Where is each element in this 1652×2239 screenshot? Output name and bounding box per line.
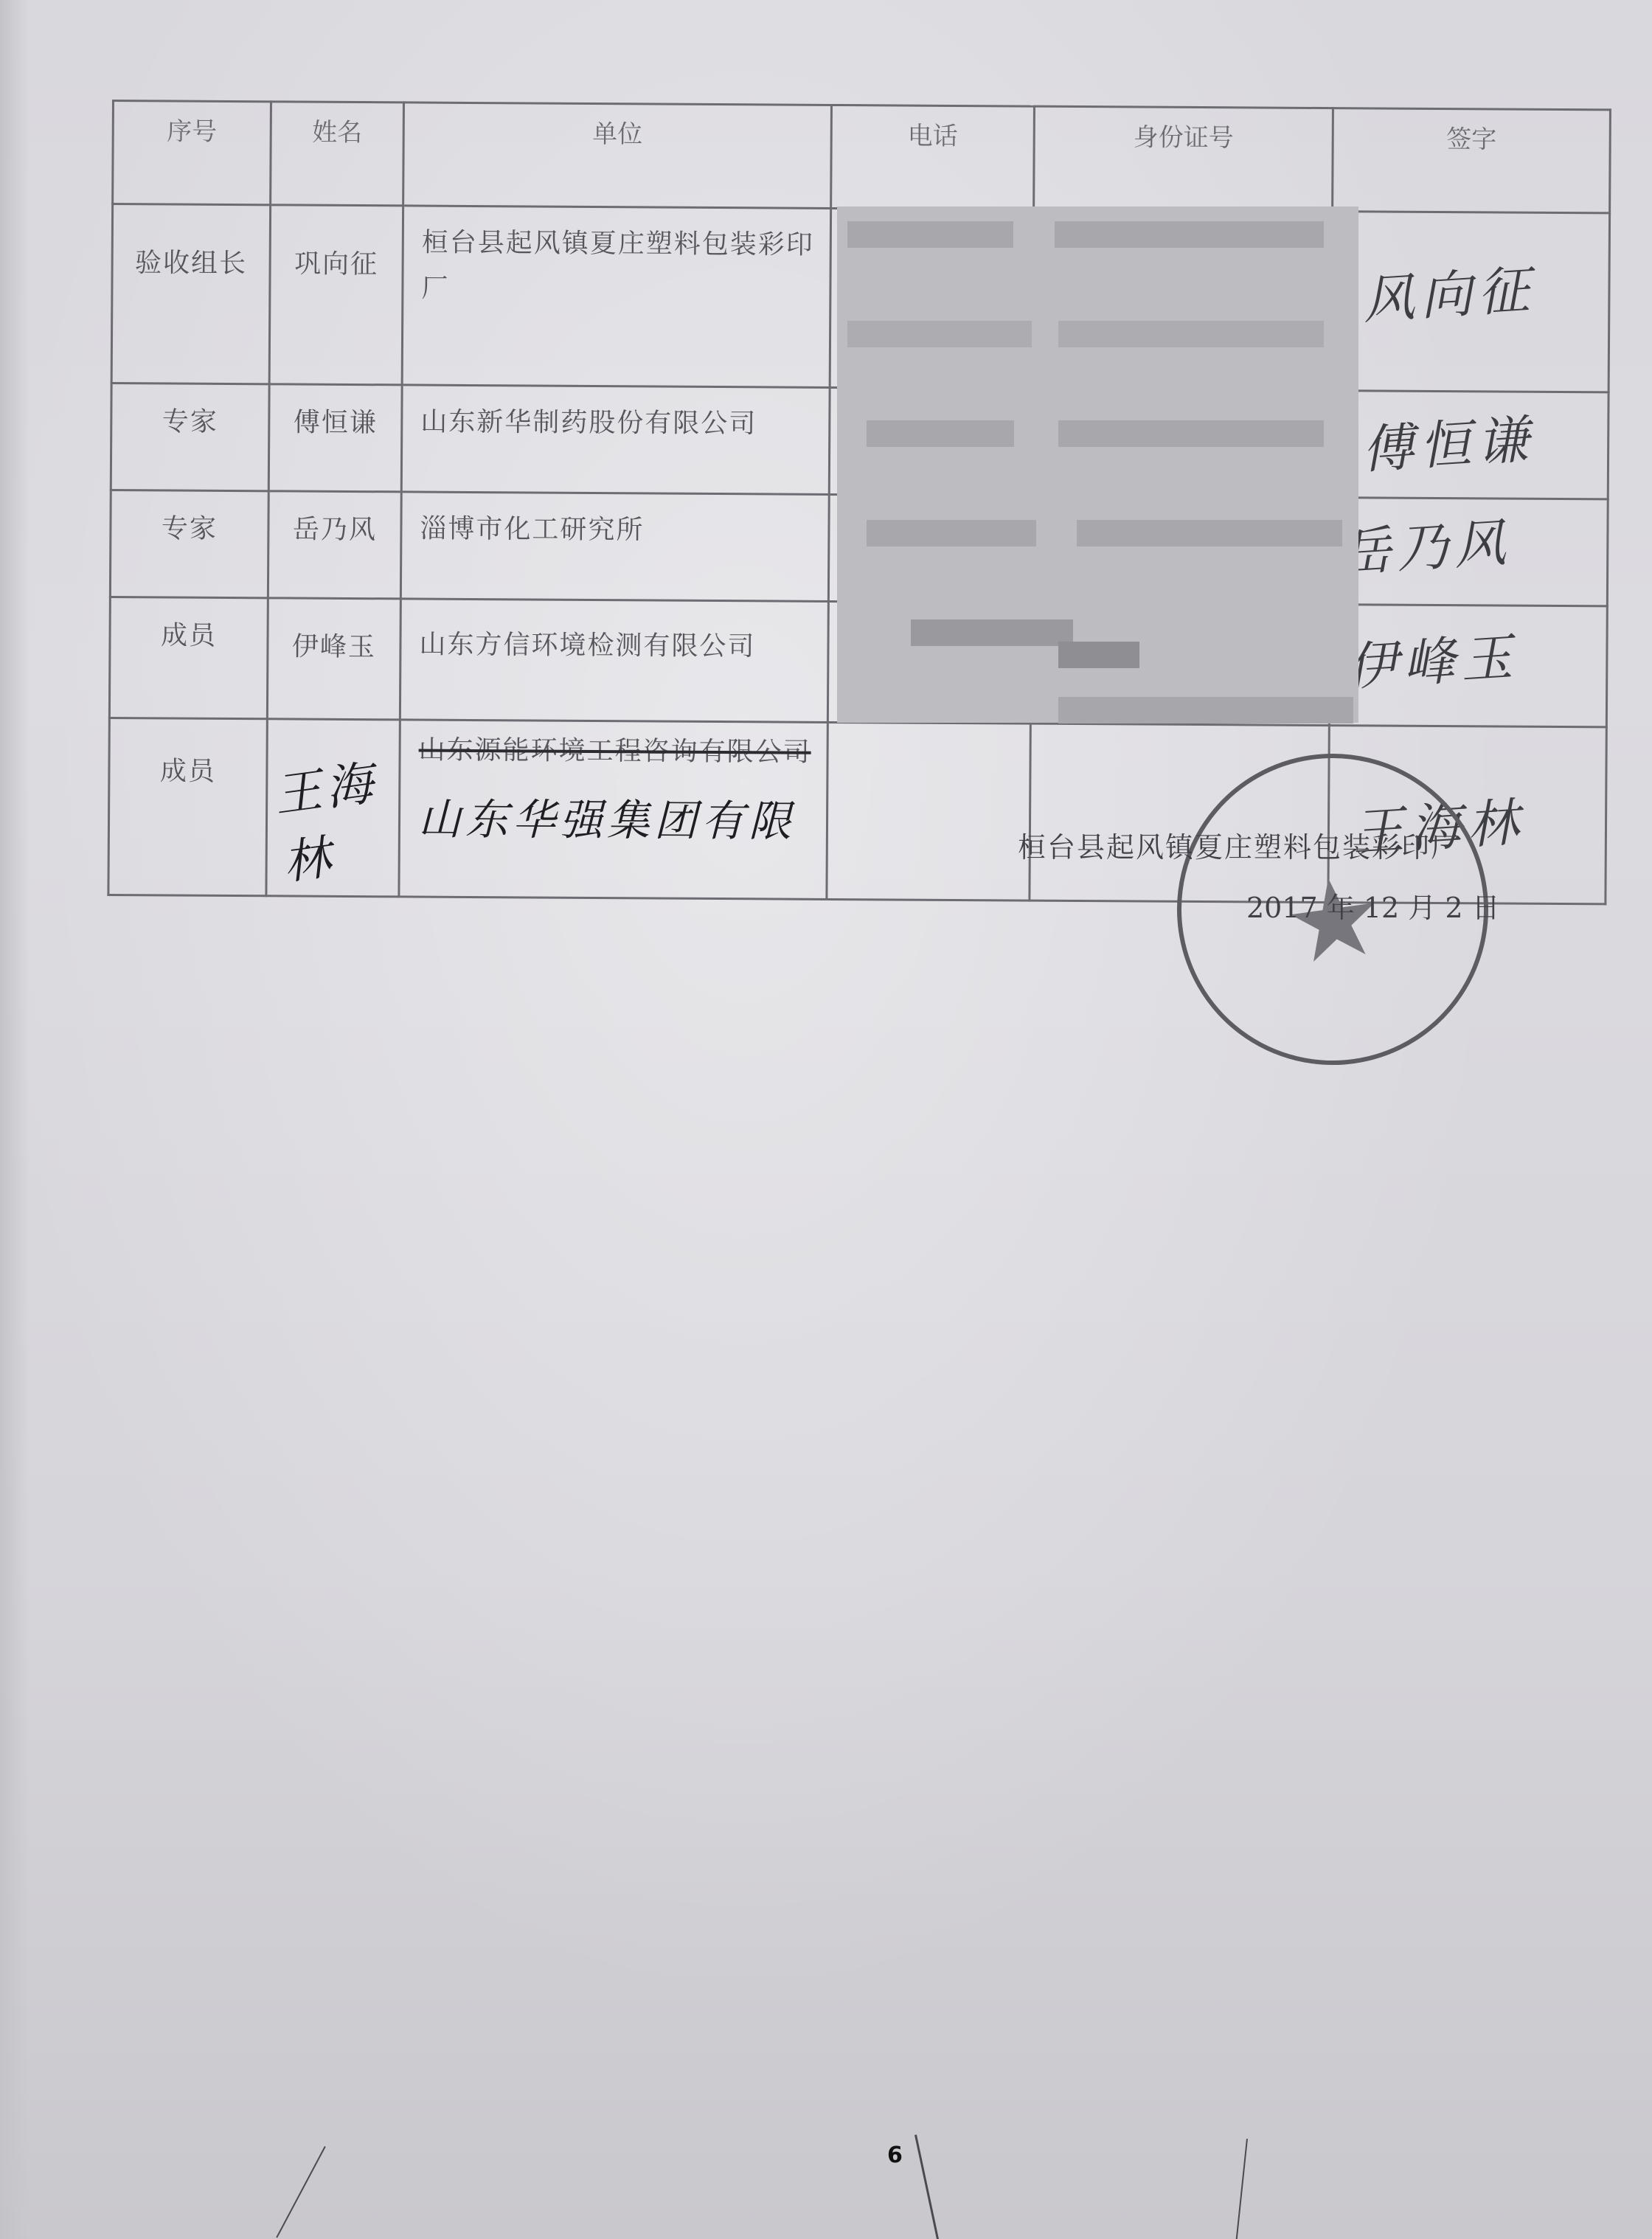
pen-stroke xyxy=(914,2134,940,2239)
name-cell: 岳乃风 xyxy=(268,491,401,599)
header-phone: 电话 xyxy=(831,105,1035,209)
header-seq: 序号 xyxy=(113,101,271,205)
struck-unit-text: 山东源能环境工程咨询有限公司 xyxy=(418,735,826,769)
unit-cell: 山东源能环境工程咨询有限公司 山东华强集团有限 xyxy=(399,720,827,900)
paper-edge xyxy=(0,0,29,2239)
handwritten-signature: 风向征 xyxy=(1360,249,1537,334)
page-number: 6 xyxy=(887,2142,903,2168)
signing-date: 2017 年 12 月 2 日 xyxy=(1246,885,1500,926)
redacted-phone-bar xyxy=(847,321,1032,347)
redacted-phone-bar xyxy=(867,520,1036,546)
signature-cell: 伊峰玉 xyxy=(1329,605,1607,727)
signature-cell: 傅恒谦 xyxy=(1330,391,1608,499)
handwritten-signature: 傅恒谦 xyxy=(1359,398,1536,484)
redacted-id-bar xyxy=(1058,321,1324,347)
issuing-organization: 桓台县起风镇夏庄塑料包装彩印厂 xyxy=(1018,825,1460,865)
role-cell: 专家 xyxy=(110,490,268,597)
unit-cell: 淄博市化工研究所 xyxy=(400,492,829,602)
header-signature: 签字 xyxy=(1333,108,1611,213)
redacted-phone-bar xyxy=(867,420,1014,447)
unit-cell: 桓台县起风镇夏庄塑料包装彩印厂 xyxy=(402,206,830,388)
name-cell: 巩向征 xyxy=(269,205,403,385)
role-cell: 专家 xyxy=(111,383,269,491)
name-cell: 王海林 xyxy=(266,719,400,897)
unit-cell: 山东新华制药股份有限公司 xyxy=(401,385,830,495)
name-cell: 傅恒谦 xyxy=(268,384,402,492)
header-unit: 单位 xyxy=(403,103,832,209)
header-name: 姓名 xyxy=(271,102,404,206)
table-header-row: 序号 姓名 单位 电话 身份证号 签字 xyxy=(113,101,1611,213)
redacted-id-bar xyxy=(1077,520,1342,546)
phone-cell-redacted xyxy=(827,722,1030,900)
handwritten-unit-text: 山东华强集团有限 xyxy=(418,796,826,844)
role-cell: 成员 xyxy=(109,597,268,718)
redacted-id-bar xyxy=(1058,420,1324,447)
signature-cell: 岳乃风 xyxy=(1330,498,1608,606)
signature-cell: 风向征 xyxy=(1331,212,1609,392)
name-cell: 伊峰玉 xyxy=(267,598,400,720)
redacted-phone-bar xyxy=(911,619,1073,646)
handwritten-signature: 岳乃风 xyxy=(1336,501,1513,587)
role-cell: 验收组长 xyxy=(111,204,270,384)
handwritten-signature: 伊峰玉 xyxy=(1343,616,1520,701)
role-cell: 成员 xyxy=(108,718,267,895)
header-id-number: 身份证号 xyxy=(1034,106,1333,211)
unit-cell: 山东方信环境检测有限公司 xyxy=(400,599,828,723)
pen-stroke xyxy=(276,2146,325,2238)
redacted-id-bar xyxy=(1058,642,1139,668)
redaction-mosaic xyxy=(837,206,1358,723)
handwritten-name: 王海林 xyxy=(270,743,407,893)
redacted-id-bar xyxy=(1055,221,1324,248)
redacted-phone-bar xyxy=(847,221,1013,248)
pen-stroke xyxy=(1235,2139,1248,2239)
redacted-id-bar xyxy=(1058,697,1353,723)
